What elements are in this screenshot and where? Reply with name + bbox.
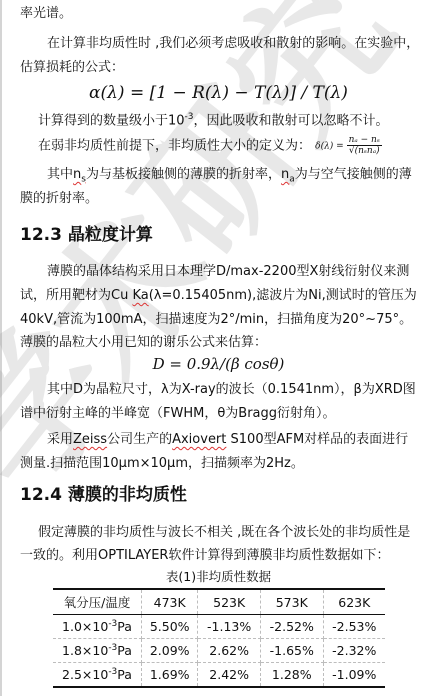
text-span: 计算得到的数量级小于10 <box>38 113 185 128</box>
text-span: 2.5×10 <box>62 667 108 682</box>
text-span: 为与基板接触侧的薄膜的折射率， <box>86 167 281 182</box>
paragraph-text: 其中ns为与基板接触侧的薄膜的折射率，na为与空气接触侧的薄 <box>47 166 412 189</box>
formula-delta: δ(λ) = nₐ − nₛ √(nₛnₐ) <box>315 135 382 157</box>
value-cell: 1.69% <box>142 663 198 688</box>
table-row: 1.0×10-3Pa 5.50% -1.13% -2.52% -2.53% <box>53 615 385 639</box>
text-span: n <box>281 167 289 182</box>
pressure-cell: 1.0×10-3Pa <box>53 615 142 639</box>
table-header-row: 氧分压/温度 473K 523K 573K 623K <box>53 589 385 615</box>
paragraph-text: 其中D为晶粒尺寸，λ为X-ray的波长（0.1541nm），β为XRD图 <box>47 381 416 399</box>
spellcheck-word: ns <box>73 167 86 182</box>
value-cell: 2.09% <box>142 639 198 663</box>
paragraph-text: 在弱非均质性前提下，非均质性大小的定义为： δ(λ) = nₐ − nₛ √(n… <box>38 135 382 157</box>
text-span: Pa <box>117 619 132 634</box>
spellcheck-word: Zeiss <box>73 432 107 447</box>
superscript: -3 <box>108 667 117 677</box>
text-span: 1.0×10 <box>62 619 108 634</box>
section-heading: 12.3 晶粒度计算 <box>20 224 153 246</box>
superscript: -3 <box>185 112 194 122</box>
paragraph-text: 计算得到的数量级小于10-3，因此吸收和散射可以忽略不计。 <box>38 108 389 130</box>
text-span: 为与空气接触侧的薄 <box>295 167 412 182</box>
pressure-cell: 2.5×10-3Pa <box>53 663 142 688</box>
header-cell: 473K <box>142 589 198 615</box>
paragraph-text: 估算损耗的公式： <box>20 59 124 77</box>
formula-alpha: α(λ) = [1 − R(λ) − T(λ)] / T(λ) <box>0 82 437 104</box>
value-cell: 5.50% <box>142 615 198 639</box>
value-cell: -2.53% <box>323 615 385 639</box>
value-cell: 2.42% <box>198 663 261 688</box>
text-span: ，因此吸收和散射可以忽略不计。 <box>194 113 389 128</box>
formula-scherrer: D = 0.9λ/(β cosθ) <box>0 354 437 374</box>
text-span: Pa <box>117 643 132 658</box>
header-cell: 523K <box>198 589 261 615</box>
section-heading: 12.4 薄膜的非均质性 <box>20 484 187 506</box>
spellcheck-word: Ka <box>132 288 148 303</box>
paragraph-text: 40kV,管流为100mA，扫描速度为2°/min，扫描角度为20°~75°。 <box>20 311 412 329</box>
pressure-cell: 1.8×10-3Pa <box>53 639 142 663</box>
table-caption: 表(1)非均质性数据 <box>0 568 437 586</box>
value-cell: -2.52% <box>260 615 323 639</box>
value-cell: -2.32% <box>323 639 385 663</box>
table-row: 1.8×10-3Pa 2.09% 2.62% -1.65% -2.32% <box>53 639 385 663</box>
fraction-denominator: √(nₛnₐ) <box>349 146 380 157</box>
text-span: S100型AFM对样品的表面进行 <box>226 432 408 447</box>
paragraph-text: 薄膜的晶粒大小用已知的谢乐公式来估算： <box>20 334 267 352</box>
paragraph-text: 一致的。利用OPTILAYER软件计算得到薄膜非均质性数据如下： <box>20 547 389 565</box>
spellcheck-word: Axiovert <box>172 432 226 447</box>
paragraph-text: 假定薄膜的非均质性与波长不相关 ,既在各个波长处的非均质性是 <box>38 524 410 542</box>
delta-lhs: δ(λ) = <box>315 142 344 152</box>
paragraph-text: 薄膜的晶体结构采用日本理学D/max-2200型X射线衍射仪来测 <box>47 263 409 281</box>
inhomogeneity-table: 氧分压/温度 473K 523K 573K 623K 1.0×10-3Pa 5.… <box>53 588 385 688</box>
header-cell: 623K <box>323 589 385 615</box>
fraction-numerator: nₐ − nₛ <box>347 135 382 146</box>
paragraph-text: 膜的折射率。 <box>20 190 98 208</box>
superscript: -3 <box>108 643 117 653</box>
paragraph-text: 谱中衍射主峰的半峰宽（FWHM，θ为Bragg衍射角）。 <box>20 405 336 423</box>
paragraph-text: 采用Zeiss公司生产的Axiovert S100型AFM对样品的表面进行 <box>47 431 408 449</box>
paragraph-text: 测量.扫描范围10μm×10μm，扫描频率为2Hz。 <box>20 455 304 473</box>
paragraph-text: 在计算非均质性时 ,我们必须考虑吸收和散射的影响。在实验中， <box>47 35 419 53</box>
header-cell: 573K <box>260 589 323 615</box>
document-page: 学术研究 率光谱。 在计算非均质性时 ,我们必须考虑吸收和散射的影响。在实验中，… <box>0 0 437 696</box>
value-cell: 2.62% <box>198 639 261 663</box>
paragraph-text: 率光谱。 <box>20 5 72 23</box>
text-span: 采用 <box>47 432 73 447</box>
text-span: Pa <box>117 667 132 682</box>
text-span: 1.8×10 <box>62 643 108 658</box>
text-span: 公司生产的 <box>107 432 172 447</box>
paragraph-text: 试，所用靶材为Cu Ka(λ=0.15405nm),滤波片为Ni,测试时的管压为 <box>20 287 417 305</box>
value-cell: -1.09% <box>323 663 385 688</box>
value-cell: -1.13% <box>198 615 261 639</box>
value-cell: 1.28% <box>260 663 323 688</box>
text-span: 试，所用靶材为Cu <box>20 288 132 303</box>
text-span: 其中 <box>47 167 73 182</box>
superscript: -3 <box>108 619 117 629</box>
table-row: 2.5×10-3Pa 1.69% 2.42% 1.28% -1.09% <box>53 663 385 688</box>
header-cell: 氧分压/温度 <box>53 589 142 615</box>
text-span: (λ=0.15405nm),滤波片为Ni,测试时的管压为 <box>149 288 417 303</box>
value-cell: -1.65% <box>260 639 323 663</box>
spellcheck-word: na <box>281 167 295 182</box>
fraction: nₐ − nₛ √(nₛnₐ) <box>347 135 382 157</box>
text-span: 在弱非均质性前提下，非均质性大小的定义为： <box>38 139 311 154</box>
